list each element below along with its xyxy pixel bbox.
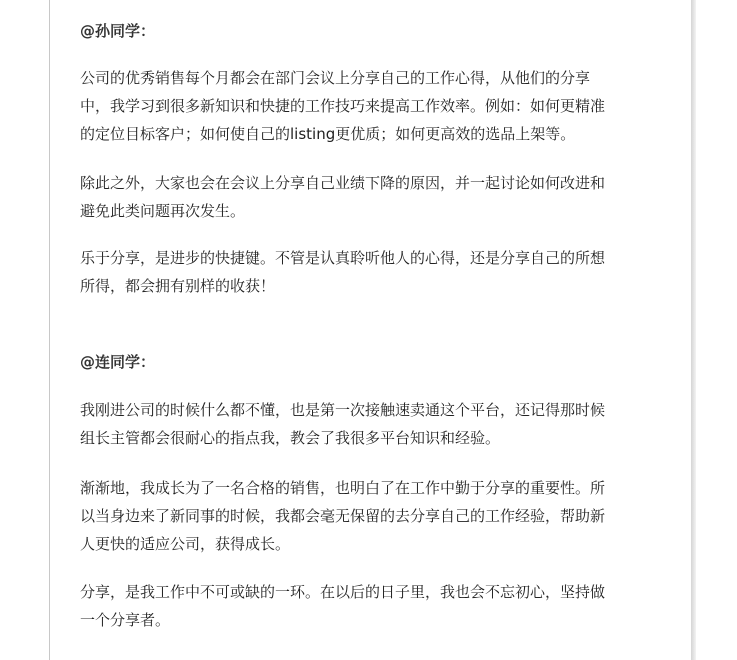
page-edge-shadow xyxy=(691,0,696,660)
text-line: 我刚进公司的时候什么都不懂，也是第一次接触速卖通这个平台，还记得那时候 xyxy=(80,396,680,424)
text-line: 人更快的适应公司，获得成长。 xyxy=(80,530,680,558)
text-line: 的定位目标客户；如何使自己的listing更优质；如何更高效的选品上架等。 xyxy=(80,120,680,148)
text-line: 一个分享者。 xyxy=(80,606,680,634)
paragraph: 渐渐地，我成长为了一名合格的销售，也明白了在工作中勤于分享的重要性。所 以当身边… xyxy=(80,474,680,558)
text-line: 组长主管都会很耐心的指点我，教会了我很多平台知识和经验。 xyxy=(80,424,680,452)
author-heading-sun: @孙同学： xyxy=(80,21,155,41)
paragraph: 除此之外，大家也会在会议上分享自己业绩下降的原因，并一起讨论如何改进和 避免此类… xyxy=(80,169,680,225)
text-line: 所得，都会拥有别样的收获！ xyxy=(80,272,680,300)
text-line: 中，我学习到很多新知识和快捷的工作技巧来提高工作效率。例如：如何更精准 xyxy=(80,92,680,120)
text-line: 公司的优秀销售每个月都会在部门会议上分享自己的工作心得，从他们的分享 xyxy=(80,64,680,92)
text-line: 乐于分享，是进步的快捷键。不管是认真聆听他人的心得，还是分享自己的所想 xyxy=(80,244,680,272)
paragraph: 我刚进公司的时候什么都不懂，也是第一次接触速卖通这个平台，还记得那时候 组长主管… xyxy=(80,396,680,452)
paragraph: 公司的优秀销售每个月都会在部门会议上分享自己的工作心得，从他们的分享 中，我学习… xyxy=(80,64,680,148)
paragraph: 乐于分享，是进步的快捷键。不管是认真聆听他人的心得，还是分享自己的所想 所得，都… xyxy=(80,244,680,300)
text-line: 渐渐地，我成长为了一名合格的销售，也明白了在工作中勤于分享的重要性。所 xyxy=(80,474,680,502)
text-line: 以当身边来了新同事的时候，我都会毫无保留的去分享自己的工作经验，帮助新 xyxy=(80,502,680,530)
text-line: 分享，是我工作中不可或缺的一环。在以后的日子里，我也会不忘初心，坚持做 xyxy=(80,578,680,606)
text-line: 避免此类问题再次发生。 xyxy=(80,197,680,225)
author-heading-lian: @连同学： xyxy=(80,352,155,372)
text-line: 除此之外，大家也会在会议上分享自己业绩下降的原因，并一起讨论如何改进和 xyxy=(80,169,680,197)
paragraph: 分享，是我工作中不可或缺的一环。在以后的日子里，我也会不忘初心，坚持做 一个分享… xyxy=(80,578,680,634)
